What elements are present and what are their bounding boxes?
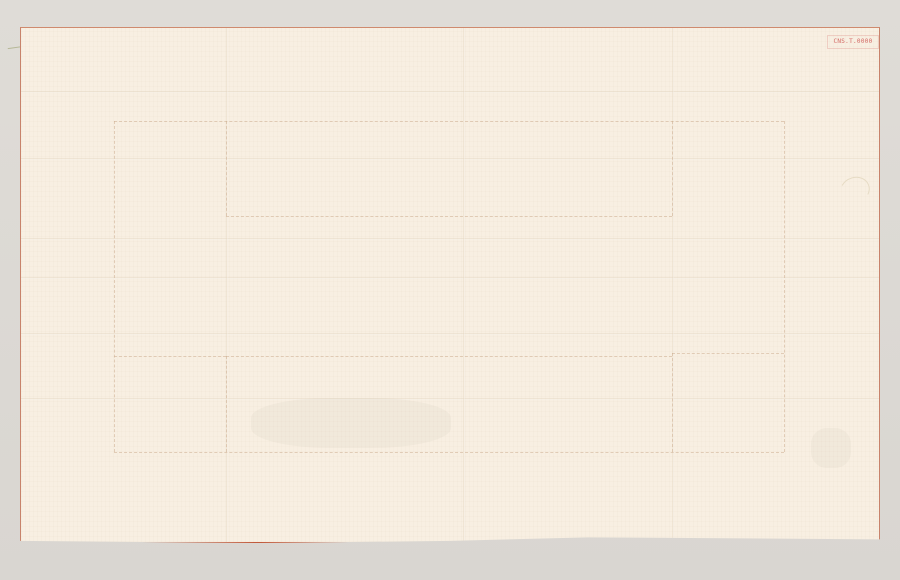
stitch-corner-br-v: [672, 353, 673, 452]
linen-textile: [20, 27, 880, 543]
stitch-corner-tl: [226, 121, 227, 216]
stitch-corner-bl-h: [114, 356, 226, 357]
stitch-corner-br-h: [672, 353, 784, 354]
fold-line-v1: [226, 28, 228, 542]
stitch-corner-bl-v: [226, 356, 227, 452]
stitch-outer-bottom: [114, 452, 784, 453]
inventory-label: CNS.T.0000: [827, 35, 879, 49]
stitch-outer-right: [784, 121, 785, 452]
faint-stain: [251, 398, 451, 448]
weave-texture: [21, 28, 879, 542]
stitch-corner-tr: [672, 121, 673, 216]
fold-line-h2: [21, 158, 879, 160]
fold-line-h1: [21, 91, 879, 93]
stitch-outer-left: [114, 121, 115, 452]
faint-stain: [811, 428, 851, 468]
fold-line-h5: [21, 333, 879, 335]
fold-line-h6: [21, 398, 879, 400]
stitch-inner-top: [226, 216, 672, 217]
fold-line-v3: [672, 28, 674, 542]
fold-line-v2: [463, 28, 465, 542]
stitch-outer-top: [114, 121, 784, 122]
stitch-inner-bottom: [226, 356, 672, 357]
fold-line-h4: [21, 277, 879, 279]
fold-line-h3: [21, 238, 879, 240]
